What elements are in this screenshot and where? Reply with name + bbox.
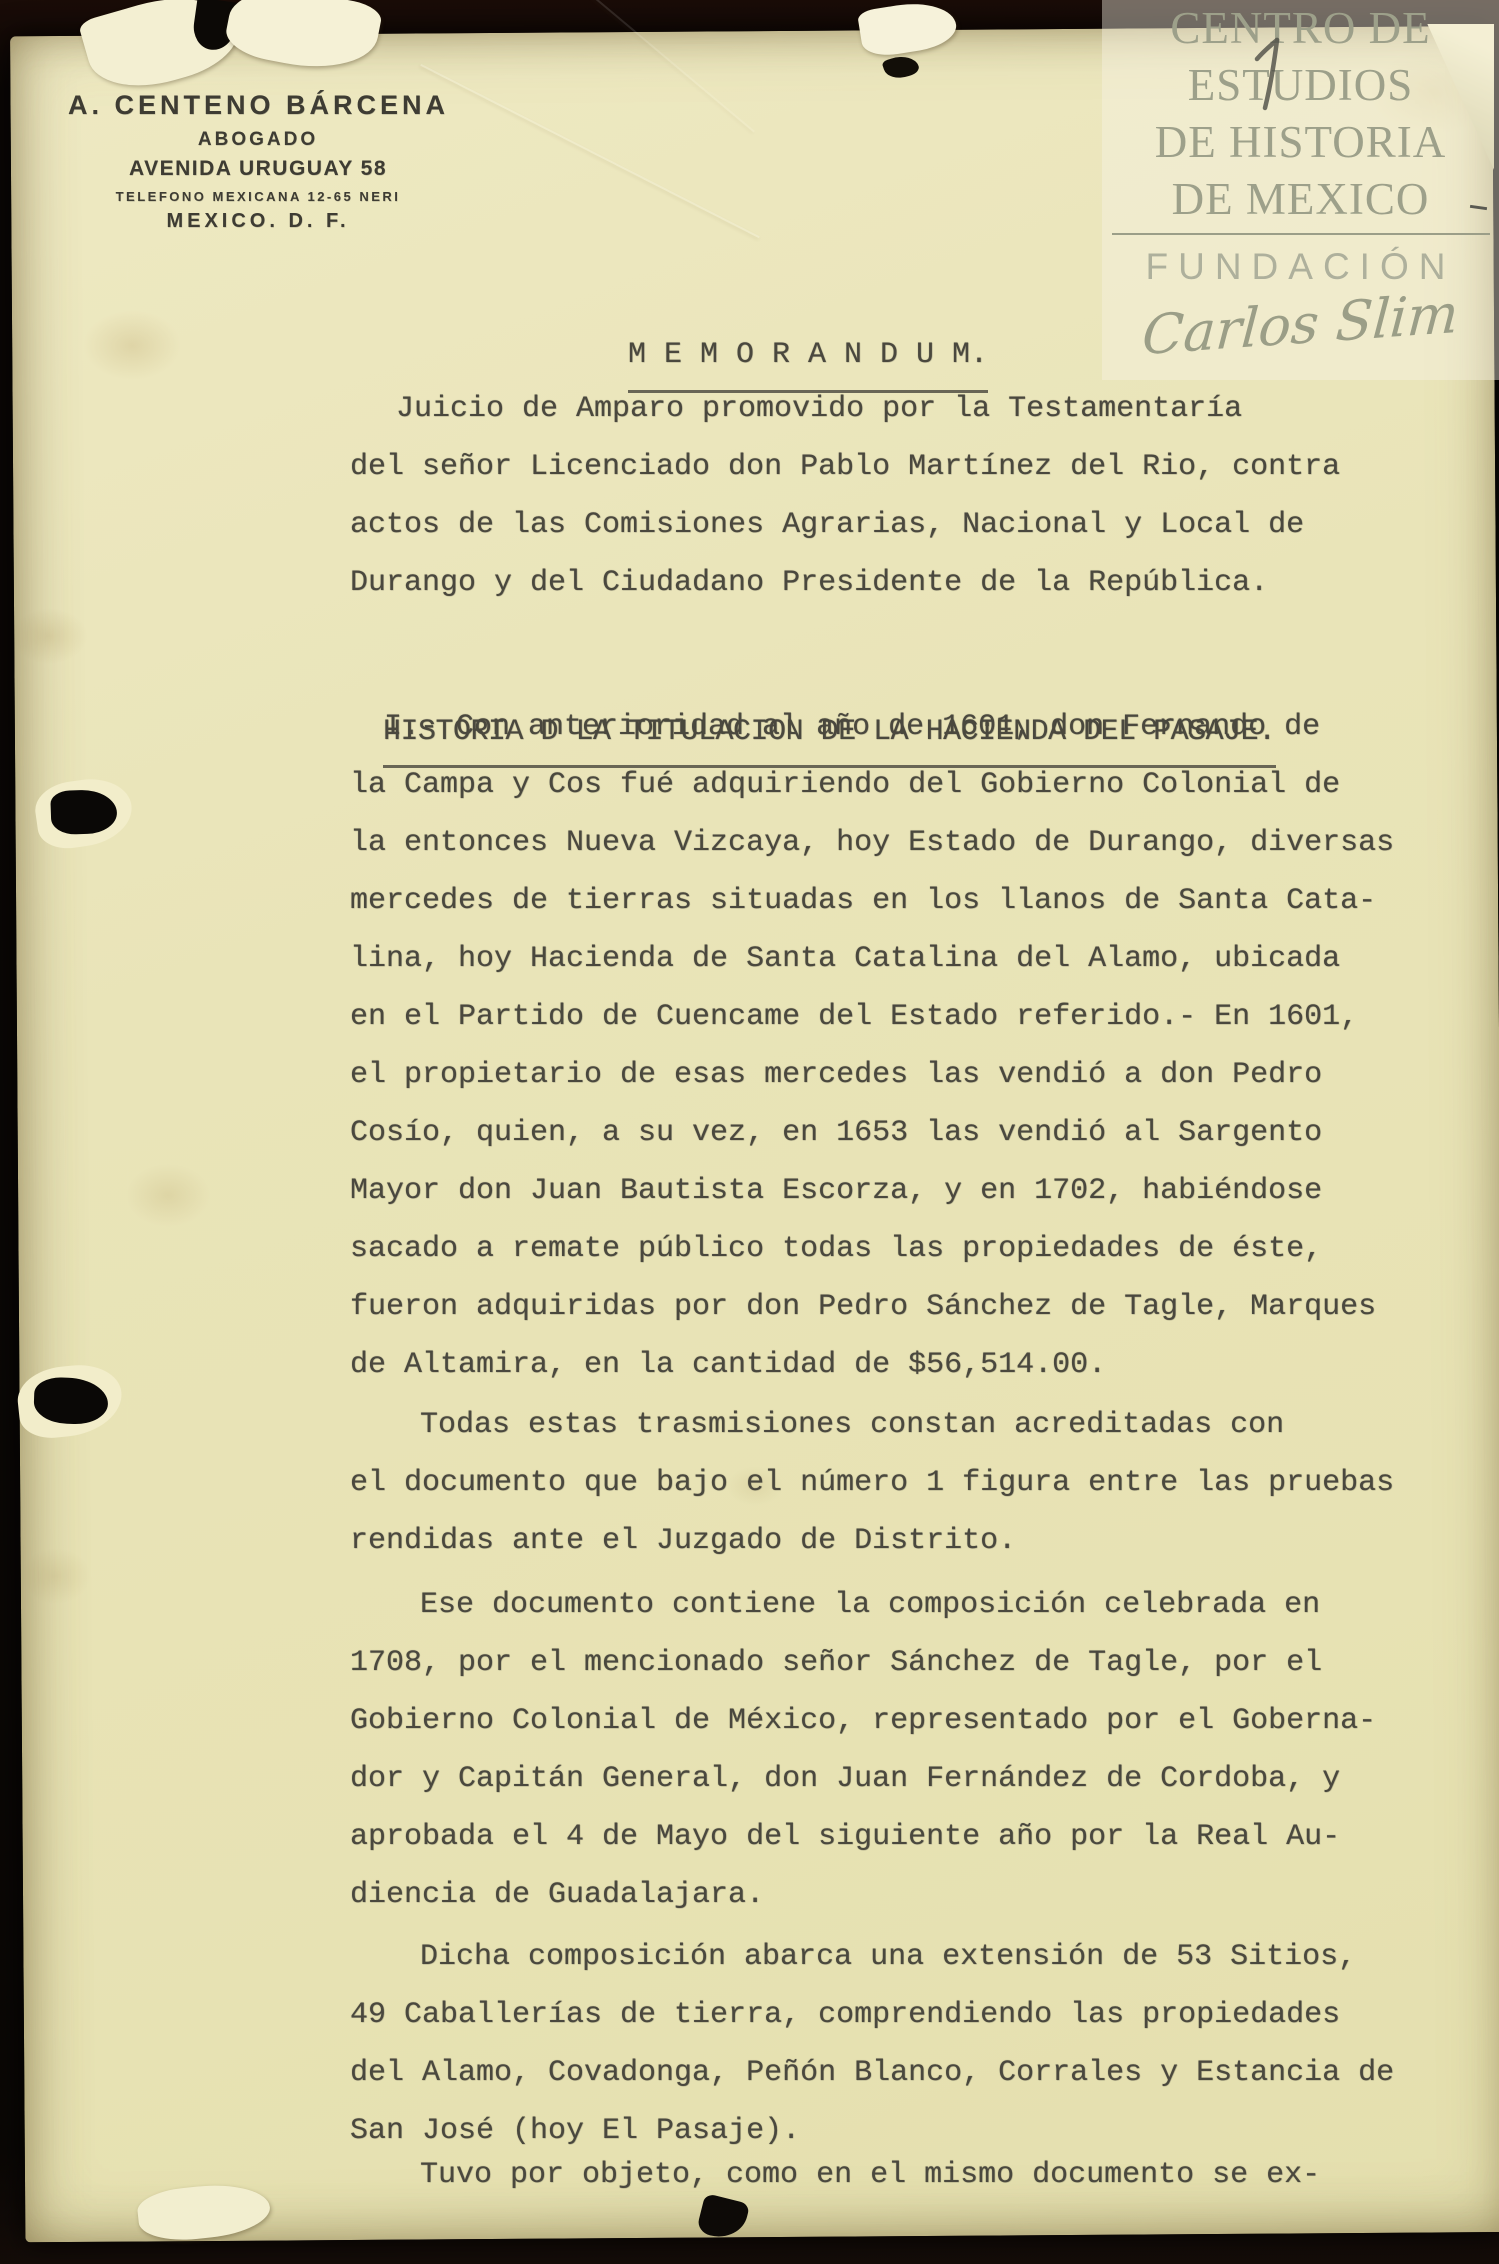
body-paragraph: Todas estas trasmisiones constan acredit…	[350, 1396, 1458, 1570]
body-paragraph: Tuvo por objeto, como en el mismo docume…	[350, 2146, 1458, 2204]
letterhead-phone: TELEFONO MEXICANA 12-65 NERI	[68, 189, 448, 204]
letterhead-title: ABOGADO	[68, 129, 448, 151]
body-paragraph: Dicha composición abarca una extensión d…	[350, 1928, 1458, 2160]
body-paragraph: I.- Con anterioridad al año de 1601, don…	[350, 698, 1458, 1394]
document-title: M E M O R A N D U M.	[628, 268, 1048, 393]
handwritten-page-number	[1244, 34, 1290, 114]
body-paragraph: Ese documento contiene la composición ce…	[350, 1576, 1458, 1924]
punch-hole	[33, 1377, 109, 1426]
letterhead-name: A. CENTENO BÁRCENA	[68, 90, 448, 121]
letterhead: A. CENTENO BÁRCENA ABOGADO AVENIDA URUGU…	[68, 90, 448, 233]
scanned-document-photo: CENTRO DE ESTUDIOS DE HISTORIA DE MEXICO…	[0, 0, 1499, 2264]
letterhead-address: AVENIDA URUGUAY 58	[68, 157, 448, 181]
intro-paragraph: Juicio de Amparo promovido por la Testam…	[350, 380, 1458, 612]
letterhead-city: MEXICO. D. F.	[68, 210, 448, 233]
punch-hole	[50, 789, 117, 835]
